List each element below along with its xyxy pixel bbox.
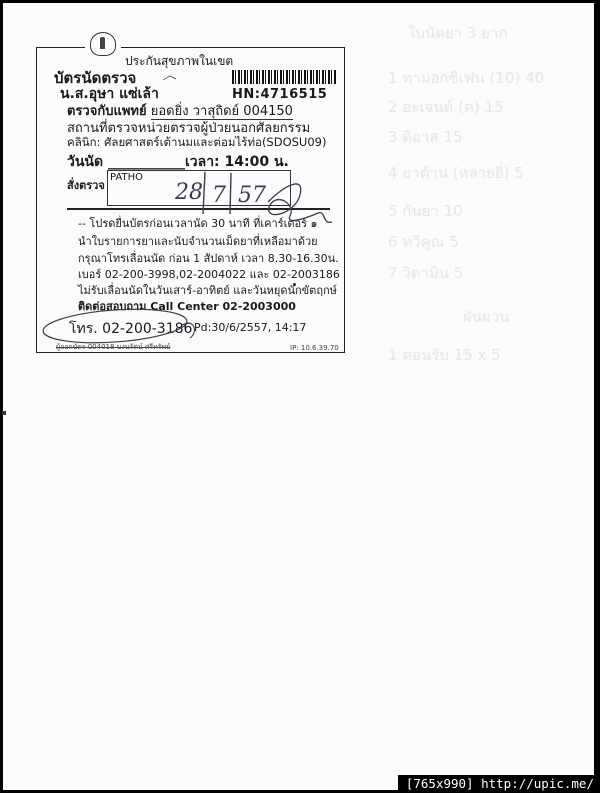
handwriting-overlay bbox=[0, 0, 600, 793]
stray-mark bbox=[293, 283, 296, 286]
upload-watermark: [765x990] http://upic.me/ bbox=[398, 775, 600, 793]
stray-mark bbox=[2, 411, 6, 415]
